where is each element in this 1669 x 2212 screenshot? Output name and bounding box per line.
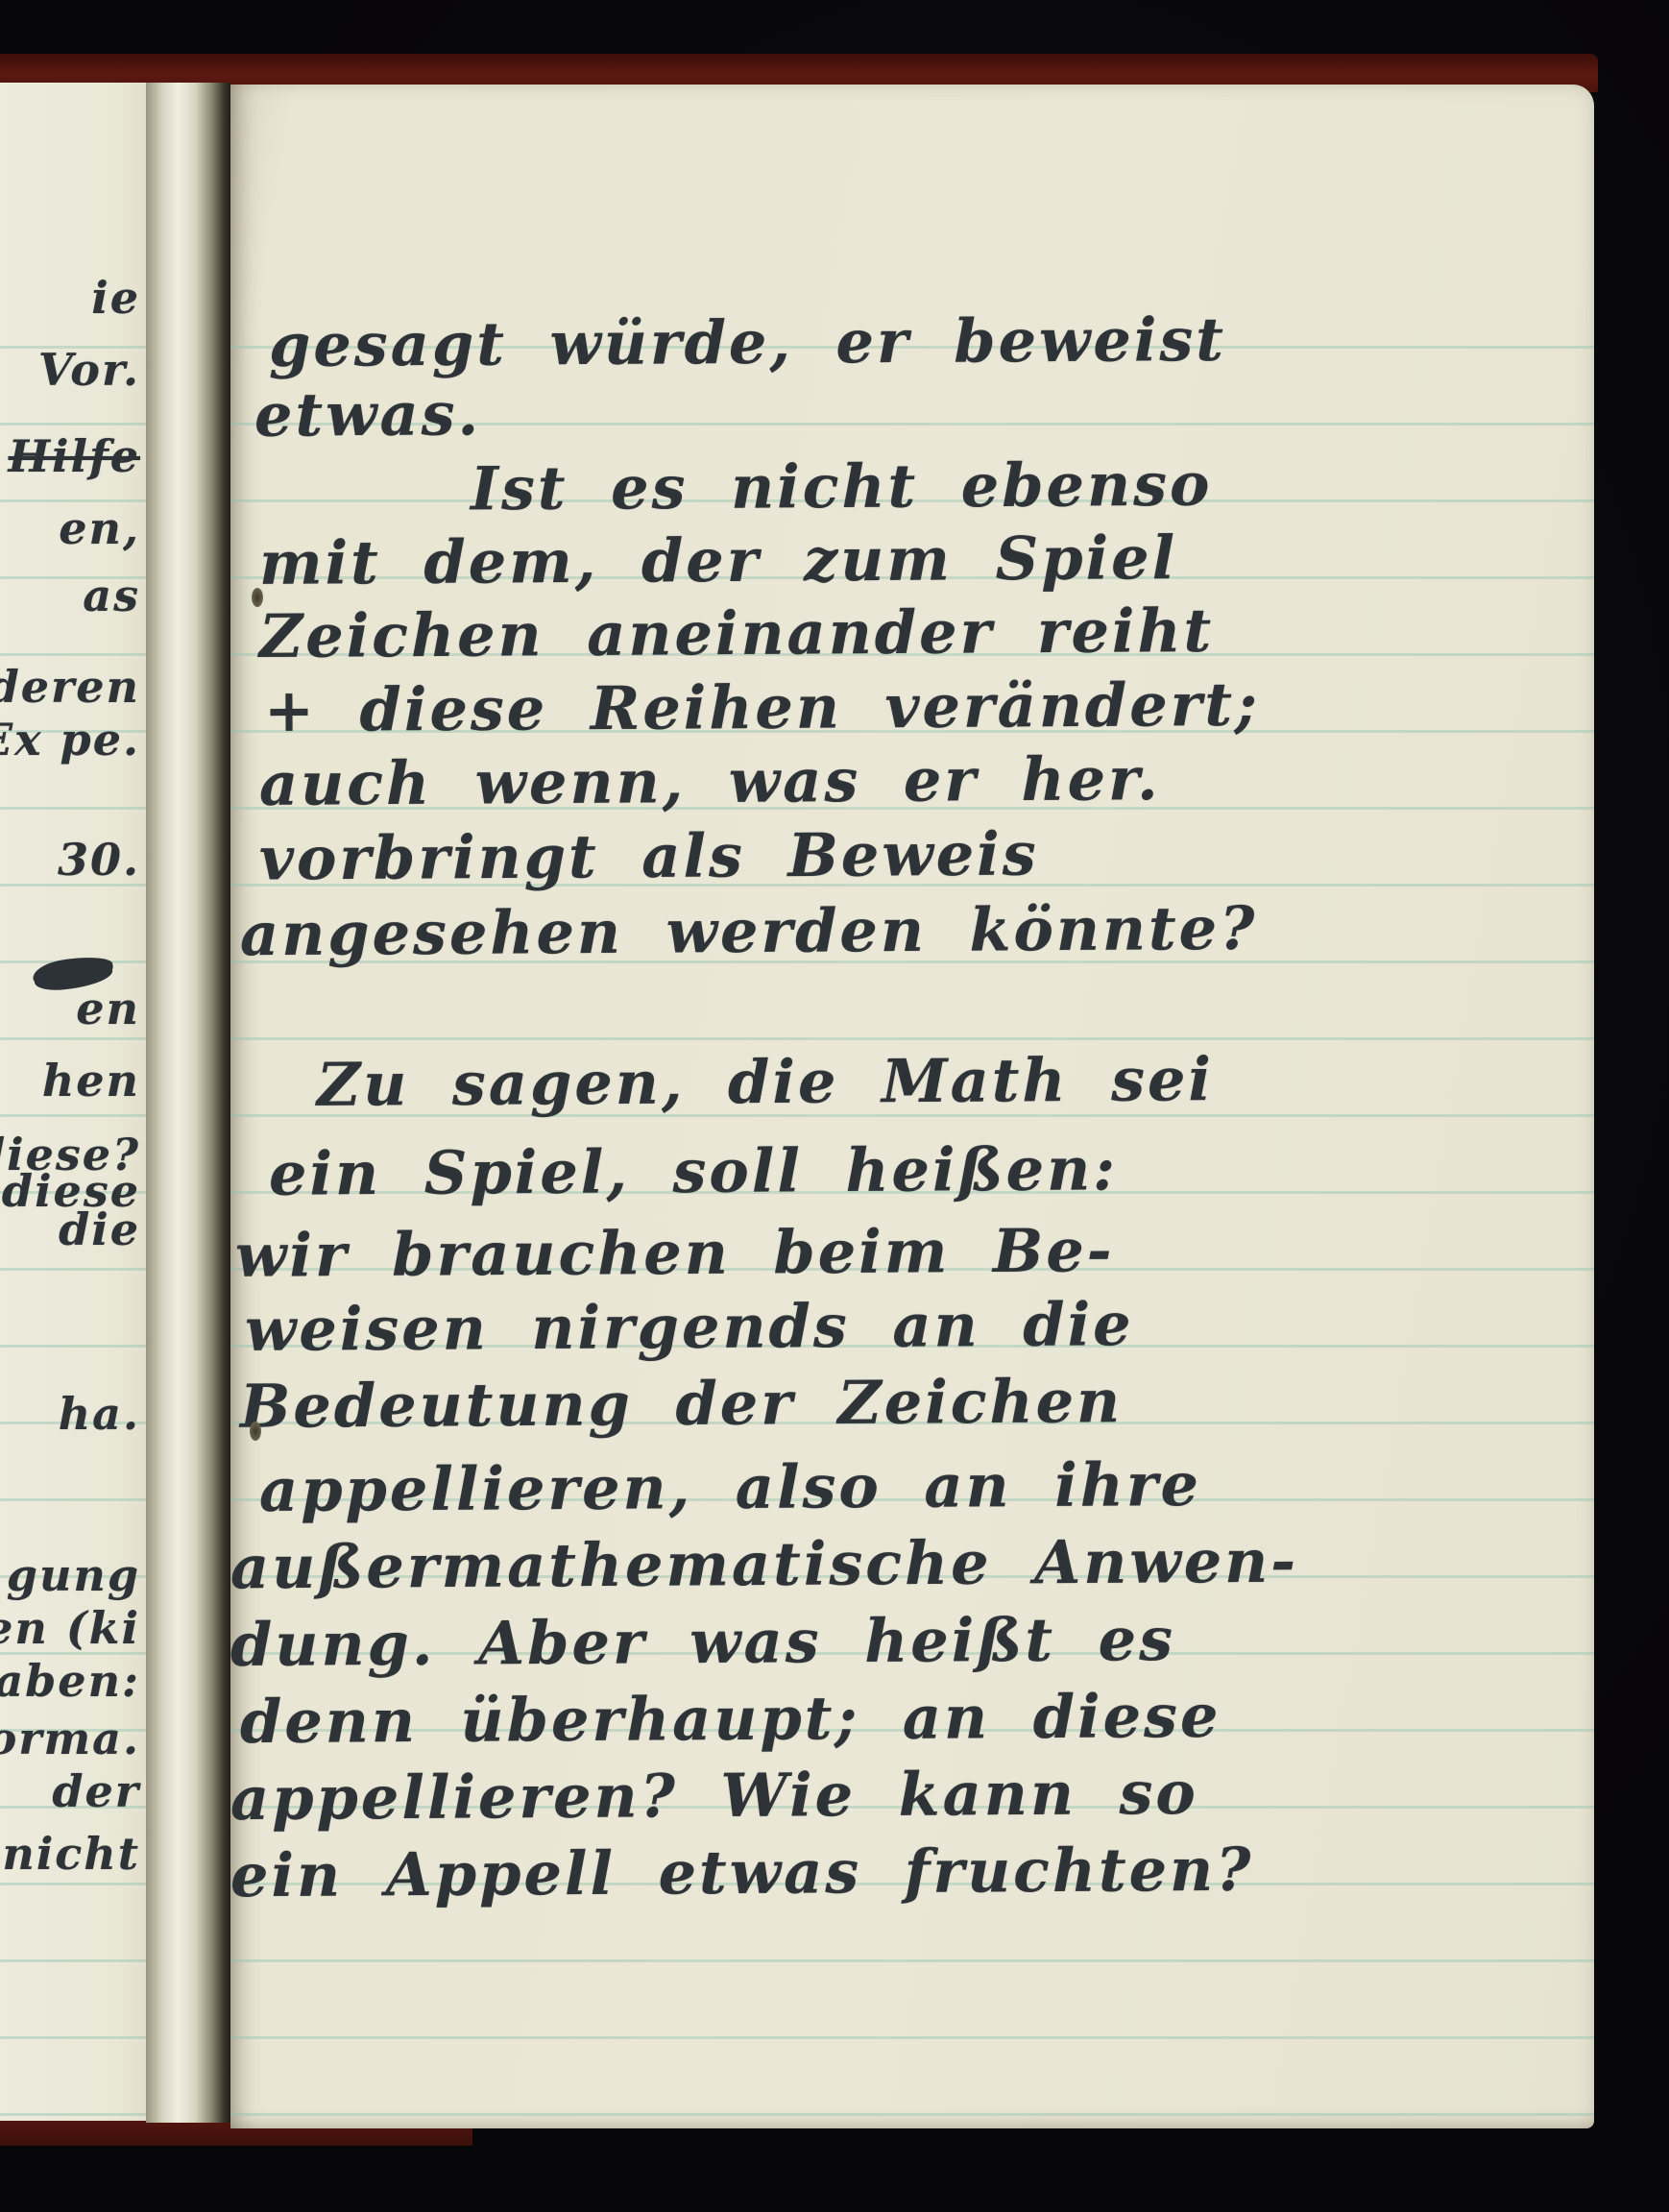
left-page-fragment: Vor. xyxy=(38,344,140,396)
left-page-fragment: gung xyxy=(7,1549,140,1601)
handwritten-line-18: denn überhaupt; an diese xyxy=(240,1681,1222,1757)
handwritten-line-11: ein Spiel, soll heißen: xyxy=(269,1133,1118,1208)
left-page-fragment: Ex pe. xyxy=(0,714,140,766)
handwritten-line-6: + diese Reihen verändert; xyxy=(264,669,1260,745)
handwritten-line-8: vorbringt als Beweis xyxy=(259,819,1039,894)
handwritten-line-5: Zeichen aneinander reiht xyxy=(259,596,1215,671)
left-page-fragment: ha. xyxy=(59,1388,140,1440)
rule-line xyxy=(230,2113,1594,2116)
left-page-fragment: as xyxy=(83,570,140,621)
handwritten-line-16: außermathematische Anwen- xyxy=(230,1526,1298,1603)
rule-line xyxy=(0,2036,146,2039)
rule-line xyxy=(0,1037,146,1040)
left-page-fragment: Hilfe xyxy=(9,430,140,482)
page-gutter-fold xyxy=(146,83,230,2123)
handwritten-line-7: auch wenn, was er her. xyxy=(259,743,1161,819)
left-page-fragment: hen (ki xyxy=(0,1602,140,1654)
left-page-fragment: nsaben: xyxy=(0,1655,140,1707)
left-page-fragment: hen xyxy=(42,1055,140,1106)
left-page-fragment: en, xyxy=(59,502,140,554)
rule-line xyxy=(230,2036,1594,2039)
handwritten-line-12: wir brauchen beim Be- xyxy=(235,1215,1115,1291)
handwritten-line-3: Ist es nicht ebenso xyxy=(471,450,1213,524)
rule-line xyxy=(0,1498,146,1501)
handwritten-line-13: weisen nirgends an die xyxy=(245,1289,1134,1365)
rule-line xyxy=(0,653,146,656)
left-page-fragment: die xyxy=(59,1203,140,1255)
binding-hole xyxy=(250,1422,261,1441)
rule-line xyxy=(0,1114,146,1117)
rule-line xyxy=(230,1037,1594,1040)
left-page-fragment: deren xyxy=(0,661,140,713)
binding-hole xyxy=(252,588,263,607)
left-page-fragment: 30. xyxy=(58,834,140,886)
handwritten-line-1: gesagt würde, er beweist xyxy=(269,304,1226,380)
left-page-fragment: en xyxy=(76,983,140,1034)
rule-line xyxy=(0,1345,146,1348)
handwritten-line-2: etwas. xyxy=(254,378,482,450)
rule-line xyxy=(0,807,146,810)
handwritten-line-4: mit dem, der zum Spiel xyxy=(259,523,1178,598)
left-page-fragment: norma. xyxy=(0,1713,140,1764)
rule-line xyxy=(0,1883,146,1885)
handwritten-line-20: ein Appell etwas fruchten? xyxy=(230,1835,1254,1911)
handwritten-line-14: Bedeutung der Zeichen xyxy=(240,1366,1124,1442)
rule-line xyxy=(230,1959,1594,1962)
handwritten-line-9: angesehen werden könnte? xyxy=(240,893,1258,969)
rule-line xyxy=(0,1268,146,1271)
handwritten-line-17: dung. Aber was heißt es xyxy=(230,1604,1175,1680)
notebook-scan: ieVor.Hilfeen,asderenEx pe.30.enhendiese… xyxy=(0,0,1669,2212)
rule-line xyxy=(0,423,146,425)
rule-line xyxy=(0,1959,146,1962)
handwritten-line-19: appellieren? Wie kann so xyxy=(230,1758,1198,1834)
right-page: gesagt würde, er beweistetwas.Ist es nic… xyxy=(230,85,1594,2128)
rule-line xyxy=(0,2113,146,2116)
left-page: ieVor.Hilfeen,asderenEx pe.30.enhendiese… xyxy=(0,83,146,2121)
left-page-fragment: nicht xyxy=(2,1828,140,1880)
left-page-fragment: ie xyxy=(91,272,140,324)
handwritten-line-10: Zu sagen, die Math sei xyxy=(317,1044,1214,1120)
handwritten-line-15: appellieren, also an ihre xyxy=(259,1449,1201,1525)
left-page-fragment: der xyxy=(52,1765,140,1817)
